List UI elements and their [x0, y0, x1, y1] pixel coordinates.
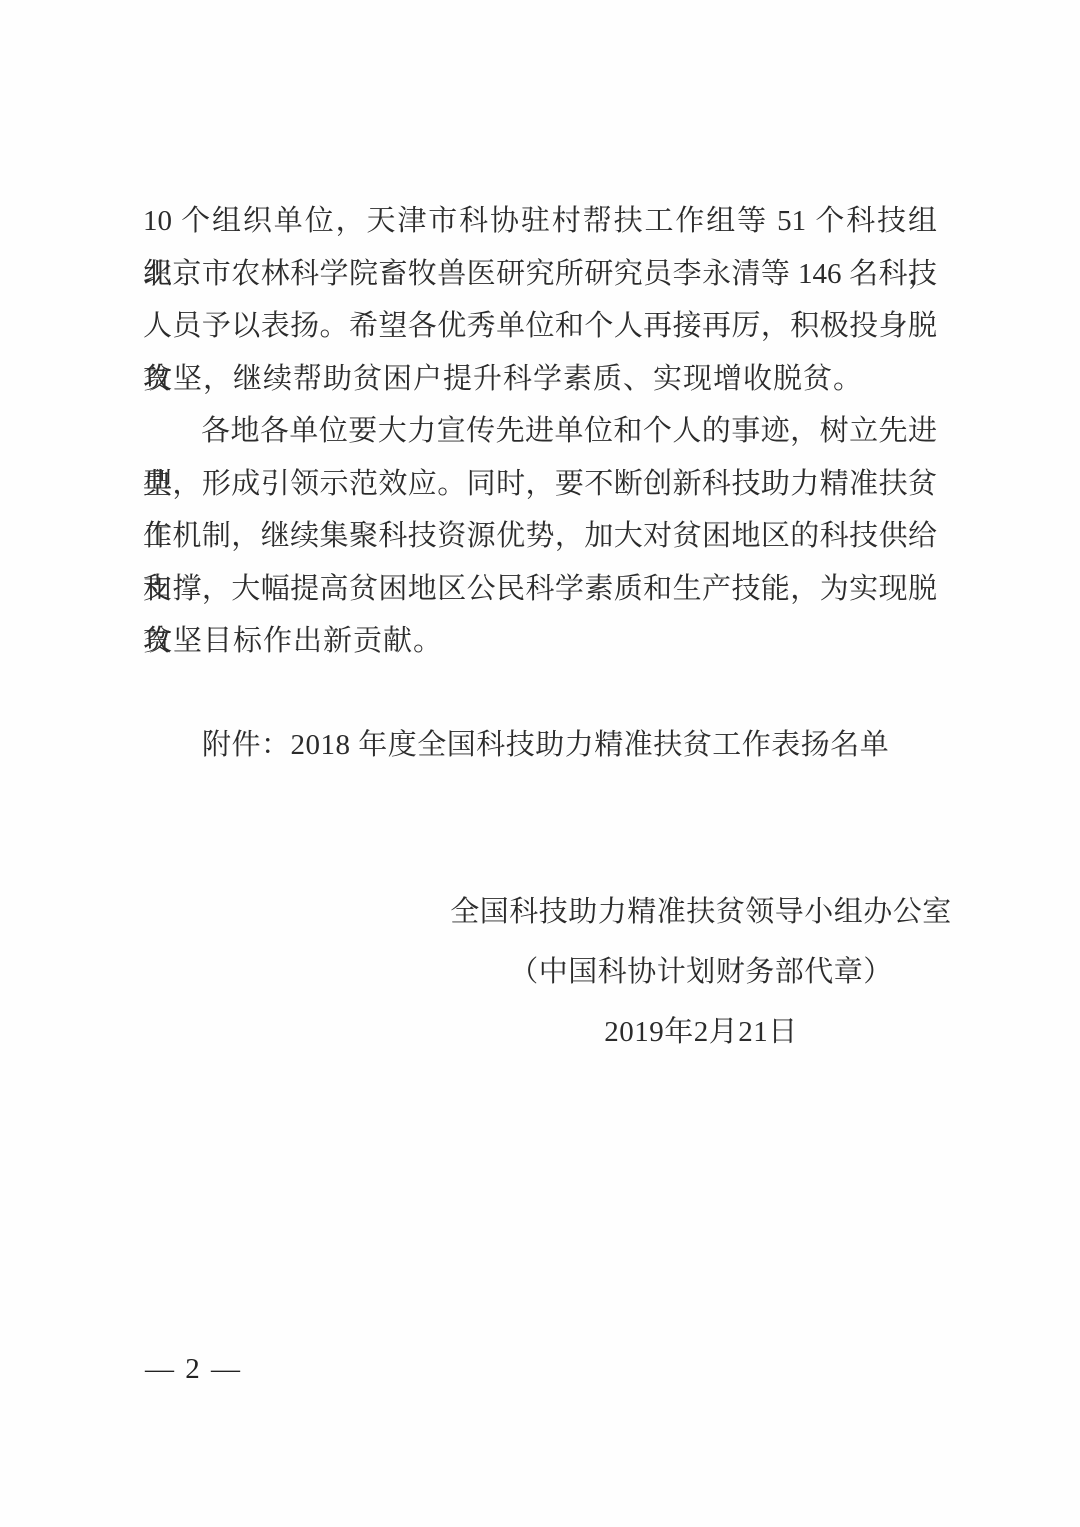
body-line: 10 个组织单位，天津市科协驻村帮扶工作组等 51 个科技组织，: [143, 195, 937, 248]
signature-date: 2019年2月21日: [440, 1002, 962, 1062]
body-line: 北京市农林科学院畜牧兽医研究所研究员李永清等 146 名科技: [143, 248, 937, 301]
signature-org: 全国科技助力精准扶贫领导小组办公室: [440, 882, 962, 942]
body-line: 型，形成引领示范效应。同时，要不断创新科技助力精准扶贫工: [143, 458, 937, 511]
attachment-line: 附件：2018 年度全国科技助力精准扶贫工作表扬名单: [143, 719, 993, 772]
body-line: 支撑，大幅提高贫困地区公民科学素质和生产技能，为实现脱贫: [143, 563, 937, 616]
signature-note: （中国科协计划财务部代章）: [440, 942, 962, 1002]
signature-block: 全国科技助力精准扶贫领导小组办公室 （中国科协计划财务部代章） 2019年2月2…: [440, 882, 962, 1062]
document-body: 10 个组织单位，天津市科协驻村帮扶工作组等 51 个科技组织， 北京市农林科学…: [143, 195, 937, 668]
document-page: 10 个组织单位，天津市科协驻村帮扶工作组等 51 个科技组织， 北京市农林科学…: [0, 0, 1080, 1527]
body-line: 人员予以表扬。希望各优秀单位和个人再接再厉，积极投身脱贫: [143, 300, 937, 353]
body-line: 攻坚，继续帮助贫困户提升科学素质、实现增收脱贫。: [143, 353, 937, 406]
body-line: 作机制，继续集聚科技资源优势，加大对贫困地区的科技供给和: [143, 510, 937, 563]
page-number: — 2 —: [145, 1352, 242, 1386]
body-line: 攻坚目标作出新贡献。: [143, 615, 937, 668]
body-line: 各地各单位要大力宣传先进单位和个人的事迹，树立先进典: [143, 405, 937, 458]
